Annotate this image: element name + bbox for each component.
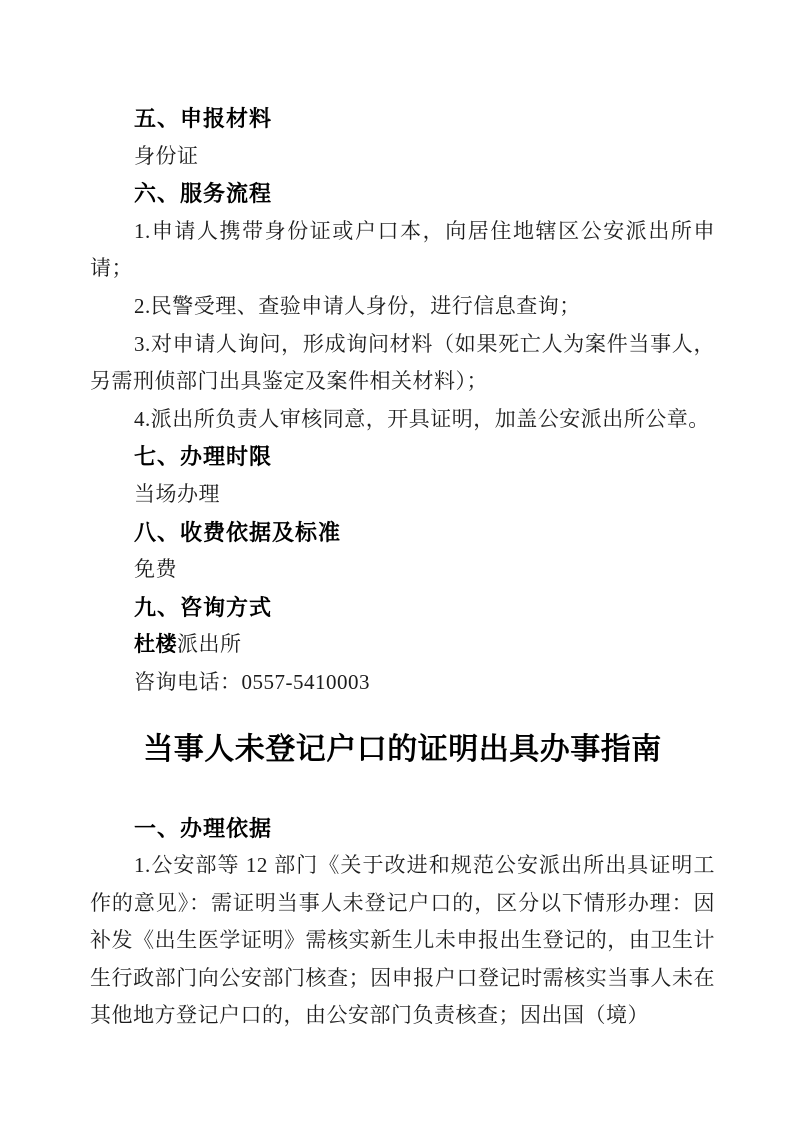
document-title: 当事人未登记户口的证明出具办事指南 bbox=[90, 726, 715, 774]
paragraph-fees: 免费 bbox=[90, 551, 715, 589]
paragraph-contact-phone: 咨询电话：0557-5410003 bbox=[90, 664, 715, 702]
paragraph-process-step-1: 1.申请人携带身份证或户口本，向居住地辖区公安派出所申请； bbox=[90, 213, 715, 288]
document-page: 五、申报材料 身份证 六、服务流程 1.申请人携带身份证或户口本，向居住地辖区公… bbox=[0, 0, 793, 1122]
paragraph-time-limit: 当场办理 bbox=[90, 476, 715, 514]
paragraph-processing-basis: 1.公安部等 12 部门《关于改进和规范公安派出所出具证明工作的意见》：需证明当… bbox=[90, 847, 715, 1035]
heading-contact: 九、咨询方式 bbox=[90, 589, 715, 627]
paragraph-process-step-2: 2.民警受理、查验申请人身份，进行信息查询； bbox=[90, 288, 715, 326]
heading-fees: 八、收费依据及标准 bbox=[90, 514, 715, 552]
heading-service-process: 六、服务流程 bbox=[90, 175, 715, 213]
paragraph-materials: 身份证 bbox=[90, 138, 715, 176]
police-station-suffix: 派出所 bbox=[177, 632, 242, 656]
paragraph-police-station: 杜楼派出所 bbox=[90, 626, 715, 664]
paragraph-process-step-3: 3.对申请人询问，形成询问材料（如果死亡人为案件当事人，另需刑侦部门出具鉴定及案… bbox=[90, 326, 715, 401]
heading-time-limit: 七、办理时限 bbox=[90, 438, 715, 476]
police-station-name: 杜楼 bbox=[134, 633, 177, 656]
paragraph-process-step-4: 4.派出所负责人审核同意，开具证明，加盖公安派出所公章。 bbox=[90, 401, 715, 439]
heading-application-materials: 五、申报材料 bbox=[90, 100, 715, 138]
heading-processing-basis: 一、办理依据 bbox=[90, 810, 715, 848]
